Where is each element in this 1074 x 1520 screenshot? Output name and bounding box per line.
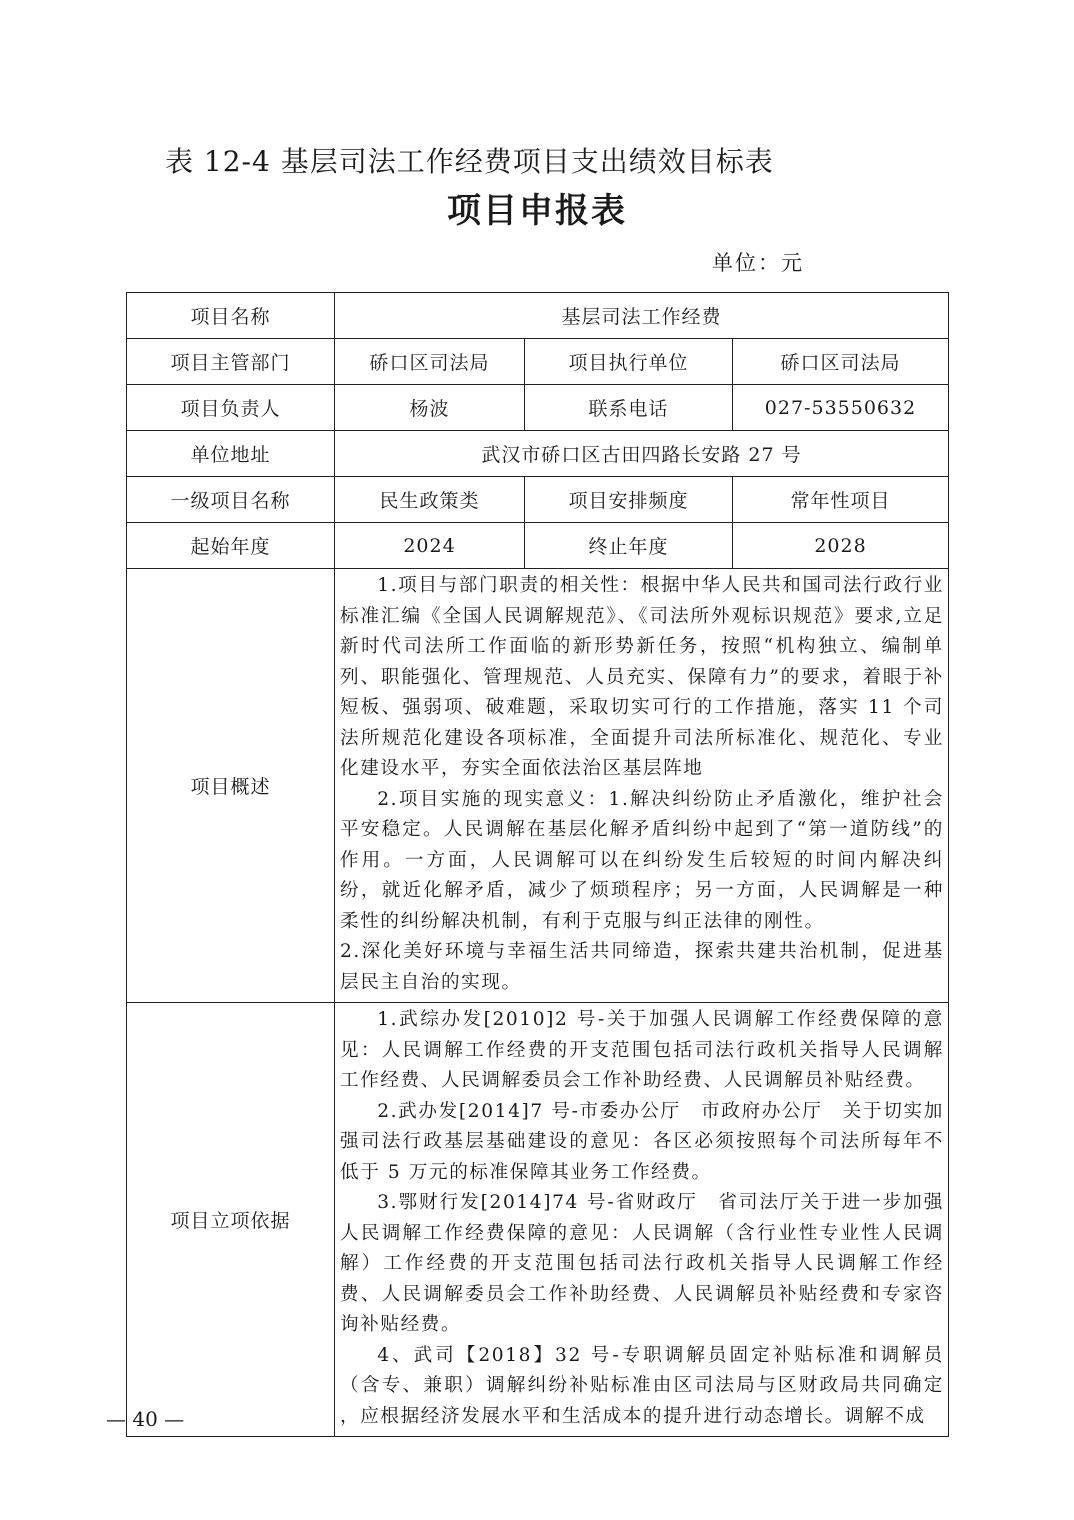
row-years: 起始年度 2024 终止年度 2028 [127,523,949,569]
label-end-year: 终止年度 [525,523,733,569]
row-first-level: 一级项目名称 民生政策类 项目安排频度 常年性项目 [127,477,949,523]
row-leader: 项目负责人 杨波 联系电话 027-53550632 [127,385,949,431]
basis-paragraph: 1.武综办发[2010]2 号-关于加强人民调解工作经费保障的意见：人民调解工作… [340,1005,944,1097]
label-leader: 项目负责人 [127,385,335,431]
row-departments: 项目主管部门 硚口区司法局 项目执行单位 硚口区司法局 [127,339,949,385]
unit-label: 单位：元 [712,247,804,277]
value-end-year: 2028 [733,523,949,569]
row-basis: 项目立项依据 1.武综办发[2010]2 号-关于加强人民调解工作经费保障的意见… [127,1003,949,1437]
label-competent-dept: 项目主管部门 [127,339,335,385]
project-application-table: 项目名称 基层司法工作经费 项目主管部门 硚口区司法局 项目执行单位 硚口区司法… [126,292,949,1437]
basis-paragraph: 2.武办发[2014]7 号-市委办公厅 市政府办公厅 关于切实加强司法行政基层… [340,1097,944,1189]
overview-paragraph: 2.项目实施的现实意义：1.解决纠纷防止矛盾激化，维护社会平安稳定。人民调解在基… [340,785,944,938]
row-overview: 项目概述 1.项目与部门职责的相关性：根据中华人民共和国司法行政行业标准汇编《全… [127,569,949,1003]
value-phone: 027-53550632 [733,385,949,431]
value-basis: 1.武综办发[2010]2 号-关于加强人民调解工作经费保障的意见：人民调解工作… [335,1003,949,1437]
value-exec-unit: 硚口区司法局 [733,339,949,385]
label-project-name: 项目名称 [127,293,335,339]
value-frequency: 常年性项目 [733,477,949,523]
basis-paragraph: 4、武司【2018】32 号-专职调解员固定补贴标准和调解员（含专、兼职）调解纠… [340,1341,944,1433]
basis-paragraph: 3.鄂财行发[2014]74 号-省财政厅 省司法厅关于进一步加强人民调解工作经… [340,1188,944,1341]
overview-paragraph: 2.深化美好环境与幸福生活共同缔造，探索共建共治机制，促进基层民主自治的实现。 [340,937,944,998]
page-title: 项目申报表 [0,183,1074,232]
value-address: 武汉市硚口区古田四路长安路 27 号 [335,431,949,477]
label-basis: 项目立项依据 [127,1003,335,1437]
value-overview: 1.项目与部门职责的相关性：根据中华人民共和国司法行政行业标准汇编《全国人民调解… [335,569,949,1003]
table-caption: 表 12-4 基层司法工作经费项目支出绩效目标表 [165,140,774,180]
value-leader: 杨波 [335,385,525,431]
label-frequency: 项目安排频度 [525,477,733,523]
value-first-level-name: 民生政策类 [335,477,525,523]
label-start-year: 起始年度 [127,523,335,569]
label-overview: 项目概述 [127,569,335,1003]
label-phone: 联系电话 [525,385,733,431]
value-project-name: 基层司法工作经费 [335,293,949,339]
row-address: 单位地址 武汉市硚口区古田四路长安路 27 号 [127,431,949,477]
label-address: 单位地址 [127,431,335,477]
row-project-name: 项目名称 基层司法工作经费 [127,293,949,339]
value-start-year: 2024 [335,523,525,569]
value-competent-dept: 硚口区司法局 [335,339,525,385]
label-exec-unit: 项目执行单位 [525,339,733,385]
overview-paragraph: 1.项目与部门职责的相关性：根据中华人民共和国司法行政行业标准汇编《全国人民调解… [340,571,944,785]
label-first-level-name: 一级项目名称 [127,477,335,523]
page-number: — 40 — [106,1407,184,1431]
